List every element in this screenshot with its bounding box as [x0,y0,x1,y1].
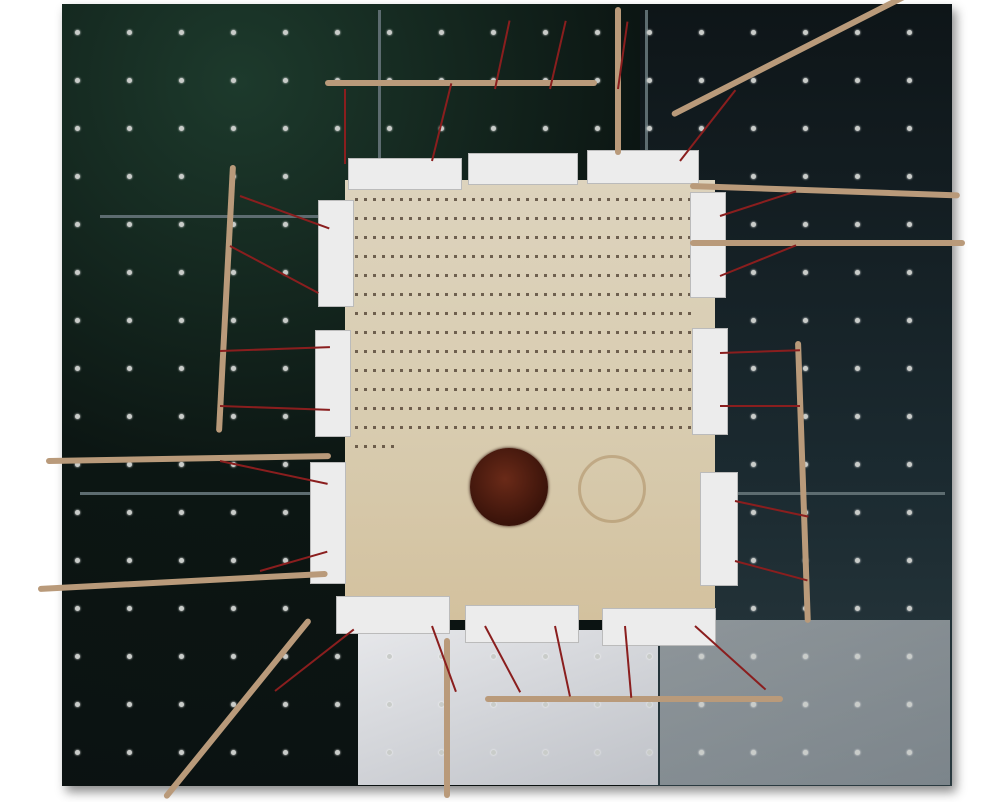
script-line [355,445,395,448]
hole [179,654,184,659]
hole [907,366,912,371]
hole [335,702,340,707]
hole [179,126,184,131]
hole [855,654,860,659]
hole [127,510,132,515]
hole [647,30,652,35]
hole [907,510,912,515]
script-line [355,426,695,429]
hole [907,654,912,659]
script-line [355,236,695,239]
hole [751,606,756,611]
hole [751,270,756,275]
hole [283,318,288,323]
hole [907,318,912,323]
hole [75,414,80,419]
hole [127,606,132,611]
hole [75,606,80,611]
hole [543,126,548,131]
hole [907,606,912,611]
hole [179,606,184,611]
hole [491,654,496,659]
hole [751,222,756,227]
hole [231,414,236,419]
wooden-rod [690,240,965,246]
hole [907,174,912,179]
hole [283,126,288,131]
hole [803,270,808,275]
clamp-tab [692,328,728,435]
hole [127,750,132,755]
hole [803,126,808,131]
clamp-tab [468,153,578,185]
hole [179,366,184,371]
clamp-tab [348,158,462,190]
hole [751,78,756,83]
hole [595,750,600,755]
hole [335,30,340,35]
script-line [355,312,695,315]
hole [179,270,184,275]
hole [595,126,600,131]
hole [751,366,756,371]
hole [855,366,860,371]
hole [127,78,132,83]
clamp-tab [465,605,579,643]
hole [491,126,496,131]
hole [387,654,392,659]
hole [751,126,756,131]
hole [179,750,184,755]
hole [283,30,288,35]
hole [855,174,860,179]
hole [335,750,340,755]
hole [231,270,236,275]
board-seam [80,492,340,495]
hole [907,126,912,131]
script-line [355,350,695,353]
hole [283,222,288,227]
hole [751,654,756,659]
hole [647,126,652,131]
hole [231,30,236,35]
hole [855,318,860,323]
hole [75,702,80,707]
hole [127,174,132,179]
script-line [355,369,695,372]
hole [231,366,236,371]
hole [127,222,132,227]
red-cord [344,89,346,164]
script-line [355,198,695,201]
hole [491,30,496,35]
hole [179,30,184,35]
hole [75,270,80,275]
hole [439,30,444,35]
script-line [355,331,695,334]
hole [855,702,860,707]
hole [283,510,288,515]
parchment-charter [345,180,715,620]
hole [855,510,860,515]
hole [335,654,340,659]
hole [179,414,184,419]
hole [595,30,600,35]
hole [387,30,392,35]
hole [179,510,184,515]
hole [803,318,808,323]
hole [751,702,756,707]
hole [283,414,288,419]
hole [855,126,860,131]
hole [803,174,808,179]
script-line [355,388,695,391]
hole [907,270,912,275]
hole [855,30,860,35]
hole [647,654,652,659]
hole [387,126,392,131]
hole [907,30,912,35]
hole [179,174,184,179]
hole [127,462,132,467]
hole [179,558,184,563]
hole [595,702,600,707]
script-line [355,293,695,296]
hole [179,462,184,467]
hole [647,750,652,755]
script-line [355,407,695,410]
hole [855,414,860,419]
hole [231,606,236,611]
hole [283,606,288,611]
board-seam [715,492,945,495]
hole [803,78,808,83]
hole [127,126,132,131]
hole [751,318,756,323]
hole [907,222,912,227]
hole [283,462,288,467]
clamp-tab [318,200,354,307]
hole [127,654,132,659]
hole [803,366,808,371]
hole [543,30,548,35]
script-line [355,217,695,220]
hole [283,78,288,83]
wax-seal [470,448,548,526]
hole [179,78,184,83]
hole [751,750,756,755]
hole [855,222,860,227]
hole [283,366,288,371]
hole [127,702,132,707]
hole [387,750,392,755]
hole [491,702,496,707]
hole [231,654,236,659]
hole [283,174,288,179]
hole [127,270,132,275]
hole [335,126,340,131]
hole [231,510,236,515]
hole [855,558,860,563]
hole [75,30,80,35]
hole [231,558,236,563]
script-line [355,274,695,277]
hole [751,558,756,563]
hole [127,30,132,35]
hole [75,558,80,563]
hole [75,174,80,179]
hole [751,414,756,419]
red-cord [720,405,800,407]
hole [699,78,704,83]
hole [543,654,548,659]
hole [75,510,80,515]
hole [907,414,912,419]
wooden-rod [325,80,597,86]
hole [803,654,808,659]
clamp-tab [700,472,738,586]
hole [179,318,184,323]
hole [907,78,912,83]
hole [75,750,80,755]
hole [699,702,704,707]
hole [647,702,652,707]
hole [75,126,80,131]
hole [283,702,288,707]
hole [543,750,548,755]
hole [595,654,600,659]
hole [75,318,80,323]
hole [231,126,236,131]
hole [699,750,704,755]
hole [855,78,860,83]
hole [75,78,80,83]
hole [751,462,756,467]
hole [231,318,236,323]
wooden-rod [485,696,783,702]
hole [855,750,860,755]
hole [75,222,80,227]
hole [179,222,184,227]
hole [75,366,80,371]
hole [127,366,132,371]
hole [699,654,704,659]
hole [751,30,756,35]
hole [543,702,548,707]
hole [179,702,184,707]
hole [283,750,288,755]
clamp-tab [602,608,716,646]
water-stain [578,455,646,523]
hole [907,702,912,707]
hole [803,414,808,419]
hole [907,750,912,755]
hole [127,558,132,563]
board-seam [378,10,381,180]
hole [127,414,132,419]
hole [647,78,652,83]
hole [387,702,392,707]
hole [231,750,236,755]
hole [751,510,756,515]
hole [751,174,756,179]
hole [907,462,912,467]
hole [803,750,808,755]
hole [231,78,236,83]
hole [491,750,496,755]
hole [75,654,80,659]
hole [855,606,860,611]
script-line [355,255,695,258]
hole [699,30,704,35]
hole [803,702,808,707]
hole [855,270,860,275]
hole [127,318,132,323]
hole [803,222,808,227]
aluminium-plate [358,630,658,785]
hole [907,558,912,563]
hole [855,462,860,467]
hole [803,30,808,35]
